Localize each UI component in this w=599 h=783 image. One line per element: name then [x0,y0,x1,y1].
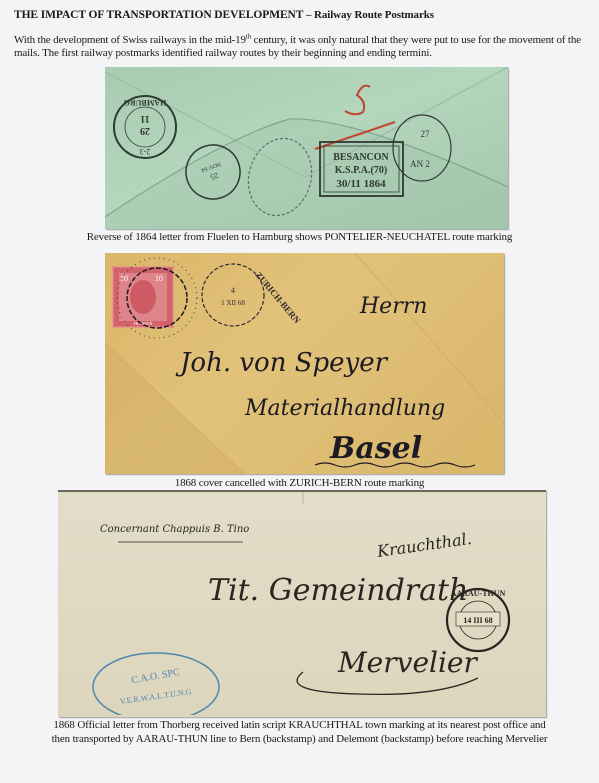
svg-text:HAMBURG: HAMBURG [124,98,167,107]
red-manuscript-mark [345,86,370,115]
svg-text:14 III 68: 14 III 68 [463,616,492,625]
hamburg-postmark: 29 11 2-3 HAMBURG [114,96,176,158]
svg-text:10: 10 [155,274,163,283]
title-main: THE IMPACT OF TRANSPORTATION DEVELOPMENT [14,9,303,21]
intro-paragraph: With the development of Swiss railways i… [14,34,594,60]
svg-text:Herrn: Herrn [359,294,427,319]
aarau-thun-postmark: 14 III 68 AARAU-THUN [447,589,509,651]
title-subtitle: Railway Route Postmarks [314,9,434,21]
svg-text:BESANCON: BESANCON [333,152,389,163]
title-dash: – [303,9,314,21]
page-title: THE IMPACT OF TRANSPORTATION DEVELOPMENT… [14,9,434,21]
intro-text-1: With the development of Swiss railways i… [14,34,246,46]
svg-text:11: 11 [140,113,149,124]
cover-1868-zurich-bern-image: 10 10 FRANKEN 4 1 XII 68 ZURICH-BERN Her… [105,253,504,474]
cover-1868-official-letter-image: Concernant Chappuis B. Tino Tit. Gemeind… [58,490,546,717]
svg-text:1 XII 68: 1 XII 68 [221,299,245,307]
svg-text:Mervelier: Mervelier [337,646,478,679]
svg-text:Tit. Gemeindrath: Tit. Gemeindrath [208,573,468,608]
svg-text:C.A.O. SPC: C.A.O. SPC [131,667,181,686]
svg-text:10: 10 [120,274,128,283]
cover-1864-reverse-image: 29 11 2-3 HAMBURG 25 NOV 64 BESANCON K.S… [105,67,508,229]
svg-text:ZURICH-BERN: ZURICH-BERN [253,270,302,326]
svg-text:Concernant Chappuis B. Tino: Concernant Chappuis B. Tino [100,524,249,535]
svg-text:4: 4 [231,286,235,295]
postage-stamp: 10 10 FRANKEN [113,267,173,327]
handwritten-text: Concernant Chappuis B. Tino Tit. Gemeind… [100,524,478,679]
caption-cover-2: 1868 cover cancelled with ZURICH-BERN ro… [0,477,599,489]
svg-text:Materialhandlung: Materialhandlung [244,396,445,421]
svg-text:AARAU-THUN: AARAU-THUN [451,589,506,598]
svg-text:V.E.R.W.A.L.T.U.N.G: V.E.R.W.A.L.T.U.N.G [119,687,192,706]
official-oval-marking: C.A.O. SPC V.E.R.W.A.L.T.U.N.G [93,653,219,715]
svg-text:27: 27 [421,129,431,139]
svg-text:30/11 1864: 30/11 1864 [336,178,386,190]
krauchthal-town-marking: Krauchthal. [375,529,473,561]
svg-text:AN 2: AN 2 [410,159,430,169]
zurich-bern-postmark: 4 1 XII 68 ZURICH-BERN [202,264,303,326]
svg-text:Basel: Basel [329,431,422,466]
svg-text:FRANKEN: FRANKEN [134,321,153,326]
svg-text:K.S.P.A.(70): K.S.P.A.(70) [335,165,387,176]
caption-cover-1: Reverse of 1864 letter from Fluelen to H… [0,231,599,243]
caption-cover-3-line-1: 1868 Official letter from Thorberg recei… [0,719,599,731]
svg-text:2-3: 2-3 [140,147,151,156]
svg-text:Joh. von Speyer: Joh. von Speyer [175,348,389,378]
handwritten-address: Herrn Joh. von Speyer Materialhandlung B… [175,294,445,466]
caption-cover-3-line-2: then transported by AARAU-THUN line to B… [0,733,599,745]
svg-text:29: 29 [140,125,150,136]
